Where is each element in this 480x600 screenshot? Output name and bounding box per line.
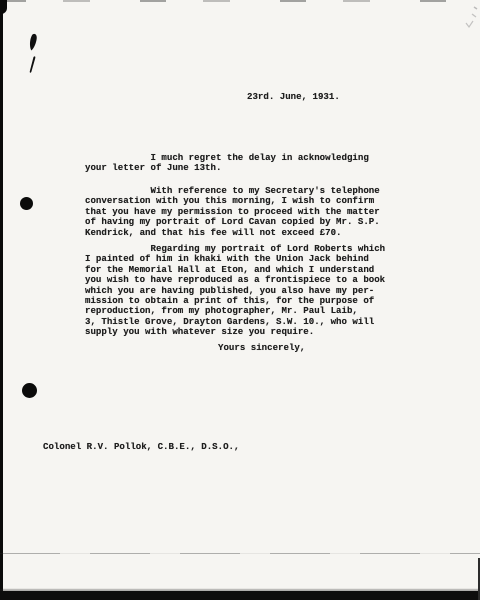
handwritten-ink-mark-icon [24,31,44,77]
paragraph: Regarding my portrait of Lord Roberts wh… [85,244,385,338]
paragraph: With reference to my Secretary's telepho… [85,186,380,238]
valediction: Yours sincerely, [218,343,305,353]
punch-hole-icon [20,197,33,210]
date-line: 23rd. June, 1931. [247,92,340,102]
pencil-scribble-icon [463,5,479,31]
scan-top-edge-artifact [0,0,480,2]
scan-bottom-border [0,591,480,600]
addressee-line: Colonel R.V. Pollok, C.B.E., D.S.O., [43,442,239,452]
punch-hole-icon [22,383,37,398]
scan-top-left-corner [0,0,7,14]
scan-left-border [0,0,3,600]
paragraph: I much regret the delay in acknowledging… [85,153,369,174]
letter-page: 23rd. June, 1931. I much regret the dela… [0,0,480,600]
scan-fold-line [0,553,480,554]
